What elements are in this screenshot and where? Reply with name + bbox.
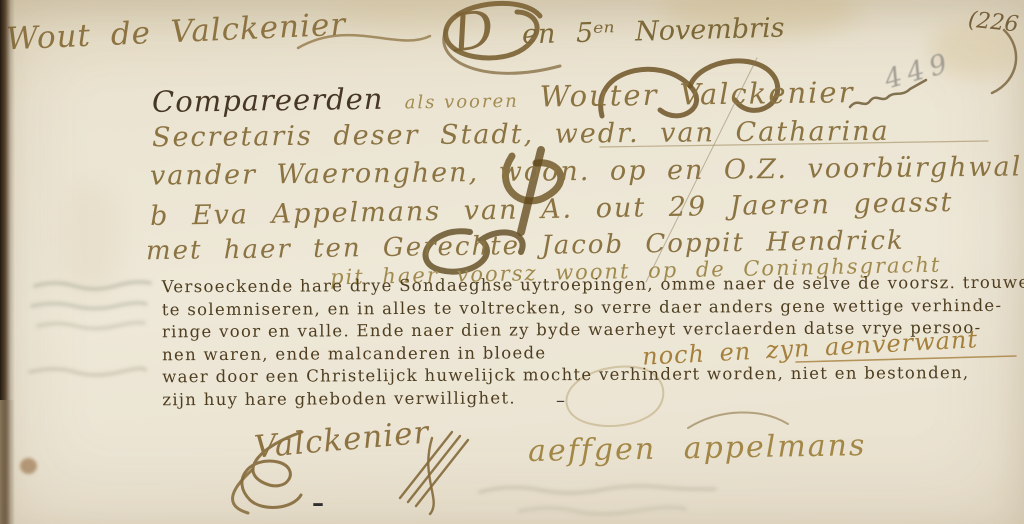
folio-flourish [992, 30, 1016, 93]
paper-stain [60, 180, 120, 300]
groom-name: Wouter Valckenier [540, 75, 855, 113]
margin-header-name: Wout de Valckenier [5, 7, 346, 58]
entry-line-1: Compareerden als vooren Wouter Valckenie… [152, 75, 855, 119]
entry-line-2: Secretaris deser Stadt, wedr. van Cathar… [152, 116, 890, 153]
date-heading: en 5ᵉⁿ Novembris [522, 13, 785, 51]
bride-signature: aeffgen appelmans [528, 428, 867, 469]
ink-stain [20, 458, 37, 474]
date-initial: D [448, 0, 498, 65]
manuscript-page: Wout de Valckenier D en 5ᵉⁿ Novembris (2… [0, 0, 1024, 524]
folio-number: (226 [967, 7, 1020, 37]
opening-phrase: als vooren [404, 91, 518, 114]
groom-paraph-tail [233, 470, 252, 513]
binding-edge-fade [0, 400, 15, 524]
groom-signature: Valckenier [253, 414, 431, 465]
pencil-annotation: 449 [881, 47, 956, 96]
dash-mark-bottom: – [312, 488, 324, 517]
opening-word: Compareerden [152, 82, 384, 119]
entry-line-3: vander Waeronghen, woon. op en O.Z. voor… [150, 151, 1023, 191]
entry-line-4: b Eva Appelmans van A. out 29 Jaeren gea… [150, 187, 954, 232]
dash-mark-mid: – [556, 390, 565, 411]
request-line-6: zijn huy hare gheboden verwillighet. [162, 385, 1024, 412]
signature-arc [688, 412, 788, 428]
request-line-5: waer door een Christelijck huwelijck moc… [162, 362, 1024, 389]
